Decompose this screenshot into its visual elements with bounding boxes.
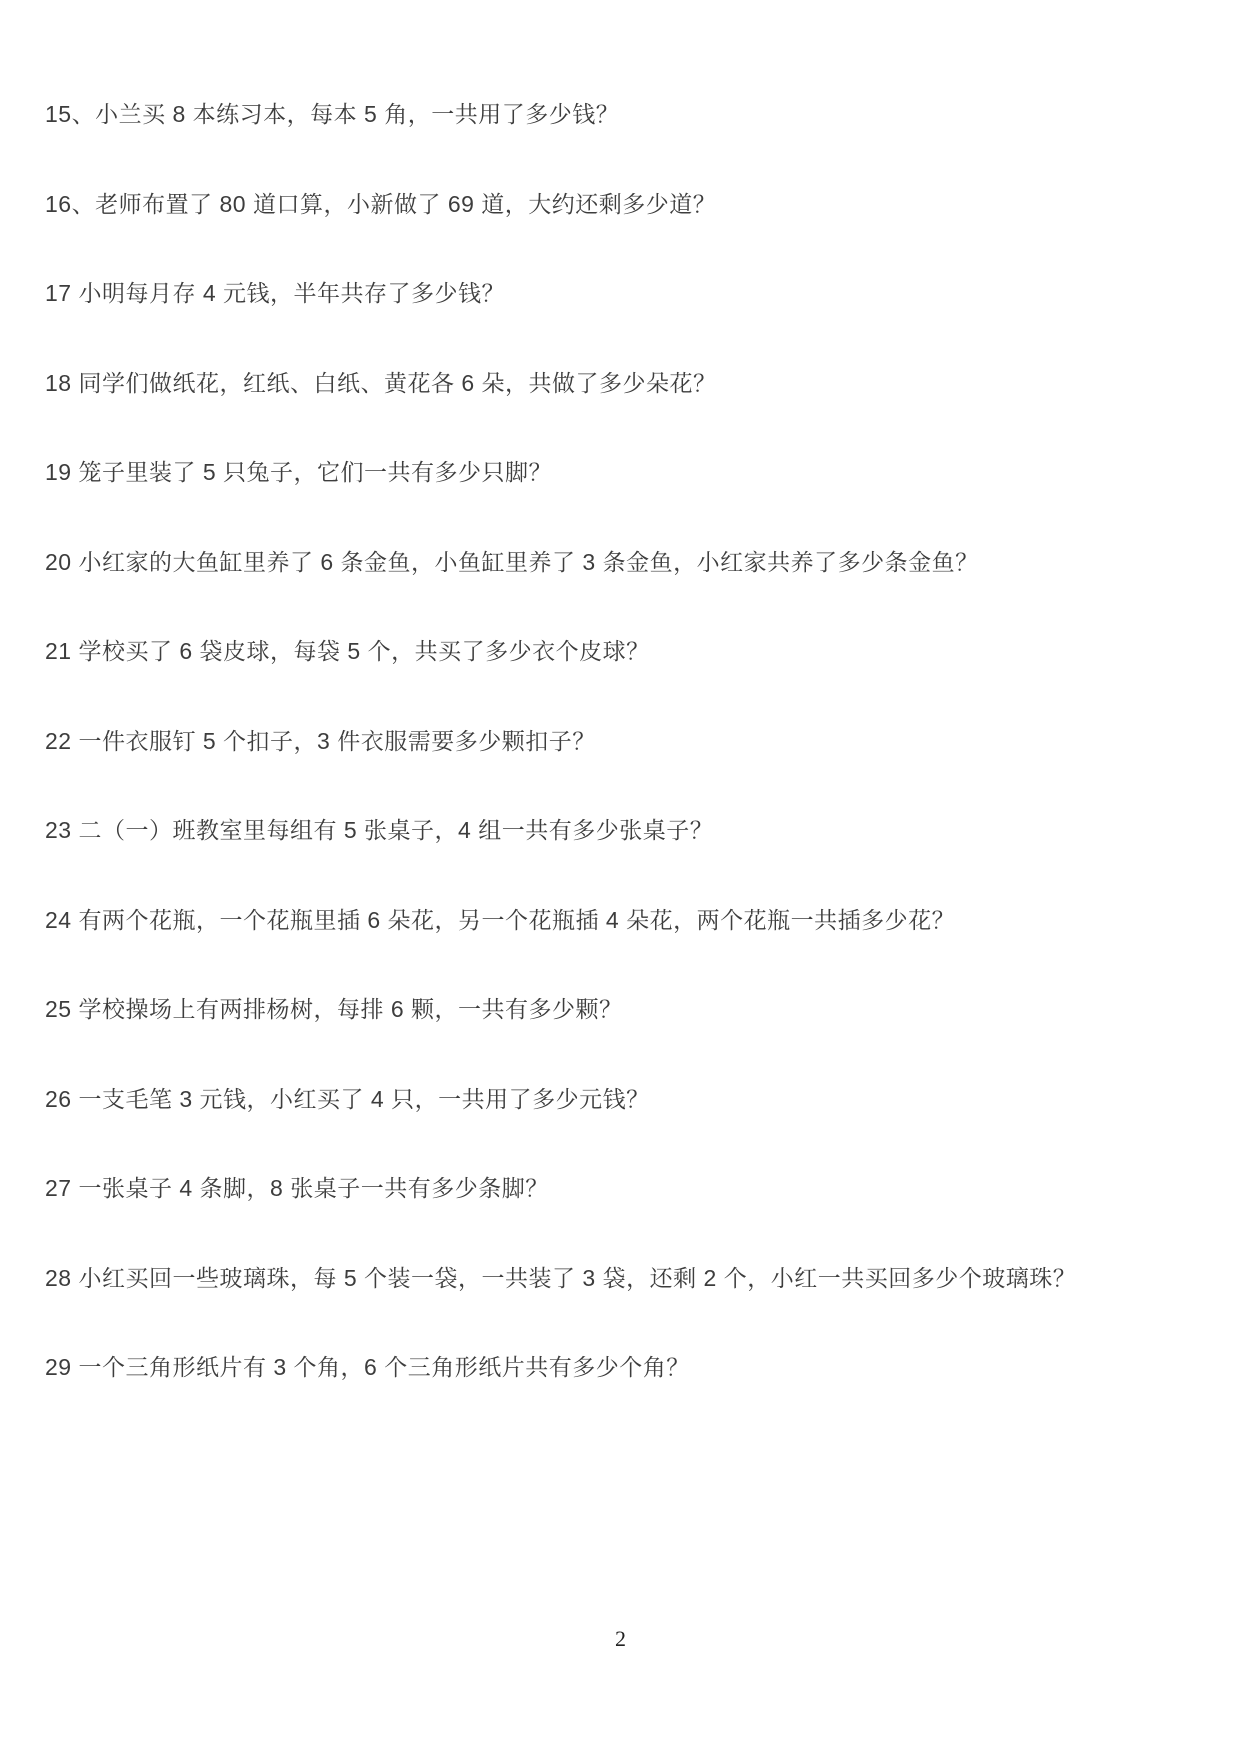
page-footer: 2 [0, 1626, 1241, 1652]
problem-21: 21 学校买了 6 袋皮球，每袋 5 个，共买了多少衣个皮球？ [45, 637, 1196, 727]
page-number: 2 [615, 1626, 626, 1651]
problem-26: 26 一支毛笔 3 元钱，小红买了 4 只，一共用了多少元钱？ [45, 1085, 1196, 1175]
problem-28: 28 小红买回一些玻璃珠，每 5 个装一袋，一共装了 3 袋，还剩 2 个，小红… [45, 1264, 1196, 1354]
problem-27: 27 一张桌子 4 条脚，8 张桌子一共有多少条脚？ [45, 1174, 1196, 1264]
problem-29: 29 一个三角形纸片有 3 个角，6 个三角形纸片共有多少个角？ [45, 1353, 1196, 1443]
problems-list: 15、小兰买 8 本练习本，每本 5 角，一共用了多少钱？16、老师布置了 80… [45, 100, 1196, 1443]
problem-22: 22 一件衣服钉 5 个扣子，3 件衣服需要多少颗扣子？ [45, 727, 1196, 817]
problem-25: 25 学校操场上有两排杨树，每排 6 颗，一共有多少颗？ [45, 995, 1196, 1085]
worksheet-page: 15、小兰买 8 本练习本，每本 5 角，一共用了多少钱？16、老师布置了 80… [0, 0, 1241, 1754]
problem-18: 18 同学们做纸花，红纸、白纸、黄花各 6 朵，共做了多少朵花？ [45, 369, 1196, 459]
problem-19: 19 笼子里装了 5 只兔子，它们一共有多少只脚？ [45, 458, 1196, 548]
problem-23: 23 二（一）班教室里每组有 5 张桌子，4 组一共有多少张桌子？ [45, 816, 1196, 906]
problem-15: 15、小兰买 8 本练习本，每本 5 角，一共用了多少钱？ [45, 100, 1196, 190]
problem-16: 16、老师布置了 80 道口算，小新做了 69 道，大约还剩多少道？ [45, 190, 1196, 280]
problem-17: 17 小明每月存 4 元钱，半年共存了多少钱？ [45, 279, 1196, 369]
problem-24: 24 有两个花瓶，一个花瓶里插 6 朵花，另一个花瓶插 4 朵花，两个花瓶一共插… [45, 906, 1196, 996]
problem-20: 20 小红家的大鱼缸里养了 6 条金鱼，小鱼缸里养了 3 条金鱼，小红家共养了多… [45, 548, 1196, 638]
